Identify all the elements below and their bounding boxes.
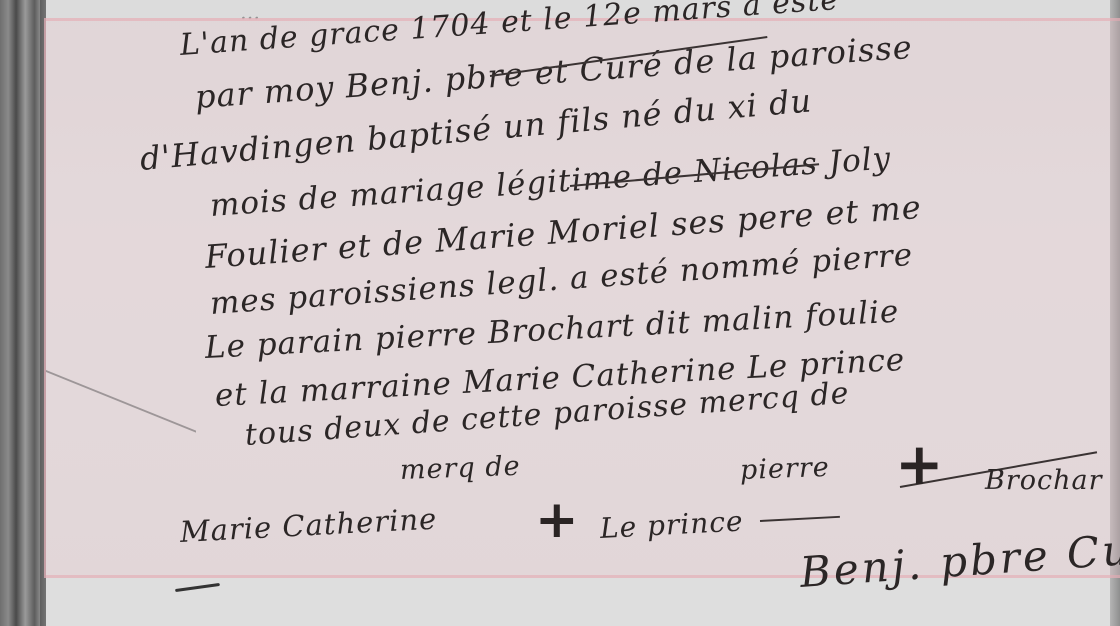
signature-pierre: pierre [739,452,830,486]
mark-label: merq de [399,451,521,486]
document-scan: … L'an de grace 1704 et le 12e mars a es… [0,0,1120,626]
ink-stroke [175,583,220,592]
cross-mark-icon: + [895,430,944,498]
signature-brochart: Brochar [985,465,1103,496]
cross-mark-icon: + [535,490,579,550]
